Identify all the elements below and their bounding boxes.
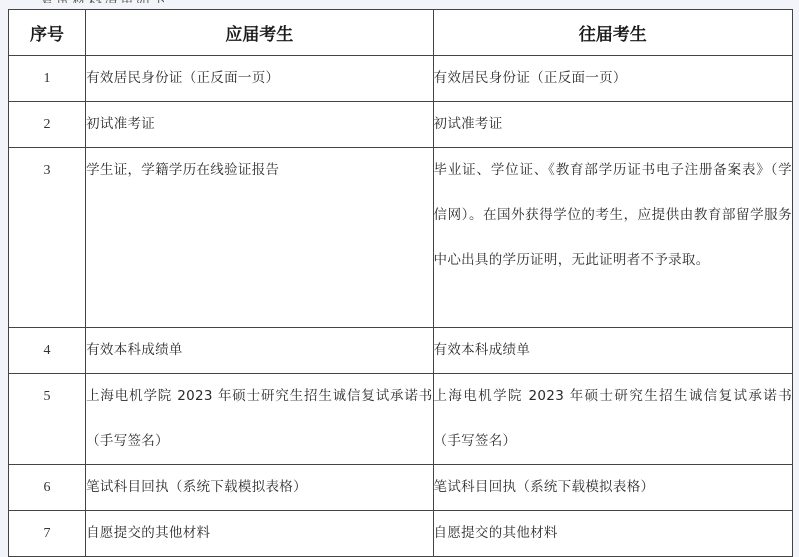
- row-index: 7: [9, 511, 86, 557]
- previous-graduates-cell: 上海电机学院 2023 年硕士研究生招生诚信复试承诺书（手写签名）: [433, 374, 792, 465]
- table-row: 7 自愿提交的其他材料 自愿提交的其他材料: [9, 511, 793, 557]
- previous-graduates-cell: 毕业证、学位证、《教育部学历证书电子注册备案表》（学信网）。在国外获得学位的考生…: [433, 148, 792, 328]
- table-header-row: 序号 应届考生 往届考生: [9, 10, 793, 56]
- fresh-graduates-cell: 有效本科成绩单: [86, 328, 433, 374]
- previous-graduates-cell: 有效本科成绩单: [433, 328, 792, 374]
- row-index: 5: [9, 374, 86, 465]
- header-fresh-graduates: 应届考生: [86, 10, 433, 56]
- header-index: 序号: [9, 10, 86, 56]
- table-row: 6 笔试科目回执（系统下载模拟表格） 笔试科目回执（系统下载模拟表格）: [9, 465, 793, 511]
- previous-graduates-cell: 笔试科目回执（系统下载模拟表格）: [433, 465, 792, 511]
- row-index: 4: [9, 328, 86, 374]
- fresh-graduates-cell: 上海电机学院 2023 年硕士研究生招生诚信复试承诺书（手写签名）: [86, 374, 433, 465]
- fresh-graduates-cell: 初试准考证: [86, 102, 433, 148]
- previous-graduates-cell: 初试准考证: [433, 102, 792, 148]
- fresh-graduates-cell: 有效居民身份证（正反面一页）: [86, 56, 433, 102]
- table-row: 5 上海电机学院 2023 年硕士研究生招生诚信复试承诺书（手写签名） 上海电机…: [9, 374, 793, 465]
- partial-heading-text: 复试材料清单如下：: [40, 0, 220, 3]
- row-index: 2: [9, 102, 86, 148]
- table-row: 2 初试准考证 初试准考证: [9, 102, 793, 148]
- previous-graduates-cell: 自愿提交的其他材料: [433, 511, 792, 557]
- row-index: 1: [9, 56, 86, 102]
- table-row: 4 有效本科成绩单 有效本科成绩单: [9, 328, 793, 374]
- table-row: 3 学生证，学籍学历在线验证报告 毕业证、学位证、《教育部学历证书电子注册备案表…: [9, 148, 793, 328]
- fresh-graduates-cell: 自愿提交的其他材料: [86, 511, 433, 557]
- materials-table: 序号 应届考生 往届考生 1 有效居民身份证（正反面一页） 有效居民身份证（正反…: [8, 9, 793, 557]
- fresh-graduates-cell: 笔试科目回执（系统下载模拟表格）: [86, 465, 433, 511]
- row-index: 6: [9, 465, 86, 511]
- table-row: 1 有效居民身份证（正反面一页） 有效居民身份证（正反面一页）: [9, 56, 793, 102]
- fresh-graduates-cell: 学生证，学籍学历在线验证报告: [86, 148, 433, 328]
- row-index: 3: [9, 148, 86, 328]
- previous-graduates-cell: 有效居民身份证（正反面一页）: [433, 56, 792, 102]
- header-previous-graduates: 往届考生: [433, 10, 792, 56]
